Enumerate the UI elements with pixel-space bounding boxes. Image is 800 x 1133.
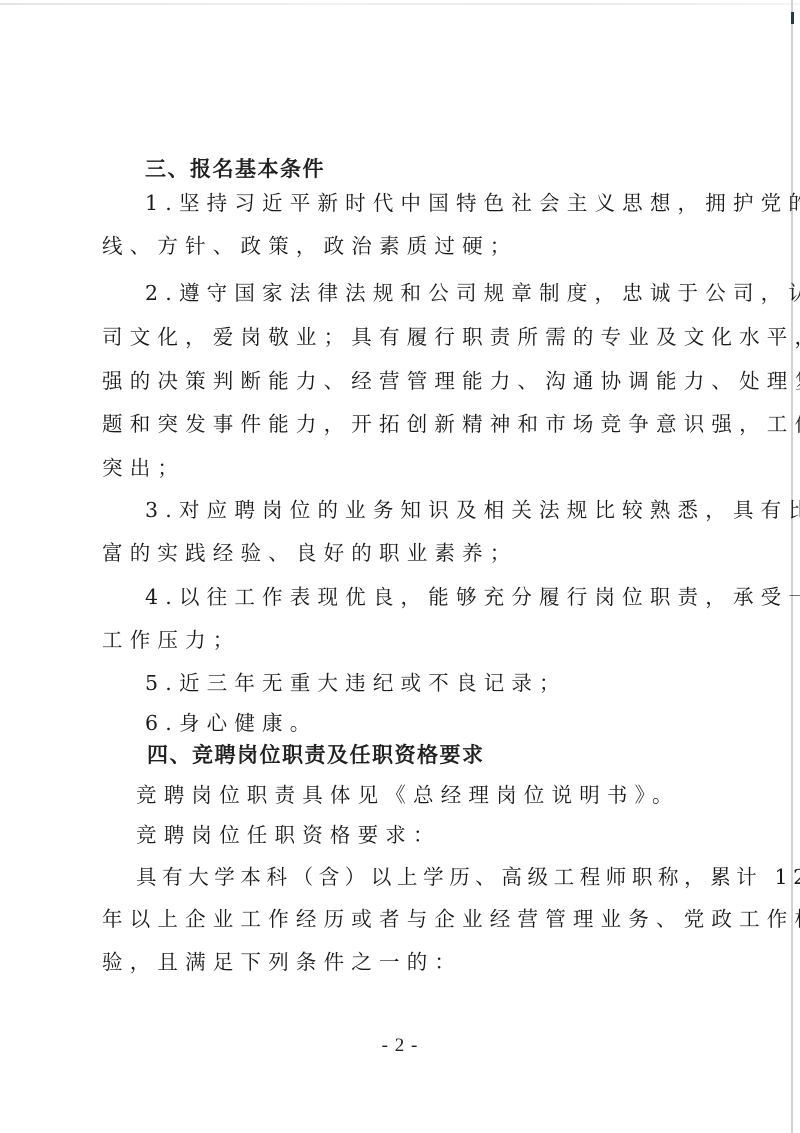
item-2-line-5: 突出； bbox=[102, 455, 702, 481]
qualification-label-line: 竞聘岗位任职资格要求： bbox=[136, 822, 736, 848]
item-1-line-1: 1.坚持习近平新时代中国特色社会主义思想，拥护党的路 bbox=[145, 190, 745, 216]
qualification-line-3: 验，且满足下列条件之一的： bbox=[102, 949, 702, 975]
duties-reference-line: 竞聘岗位职责具体见《总经理岗位说明书》。 bbox=[136, 782, 736, 808]
item-3-line-2: 富的实践经验、良好的职业素养； bbox=[102, 540, 702, 566]
section-heading-4: 四、竞聘岗位职责及任职资格要求 bbox=[147, 742, 747, 768]
item-2-line-3: 强的决策判断能力、经营管理能力、沟通协调能力、处理复杂问 bbox=[102, 368, 702, 394]
qualification-line-2: 年以上企业工作经历或者与企业经营管理业务、党政工作相关经 bbox=[102, 906, 702, 932]
item-3-line-1: 3.对应聘岗位的业务知识及相关法规比较熟悉，具有比较丰 bbox=[145, 497, 745, 523]
item-4-line-2: 工作压力； bbox=[102, 627, 702, 653]
item-2-line-4: 题和突发事件能力，开拓创新精神和市场竞争意识强，工作业绩 bbox=[102, 411, 702, 437]
item-1-line-2: 线、方针、政策，政治素质过硬； bbox=[102, 233, 702, 259]
page-number: - 2 - bbox=[0, 1035, 800, 1057]
document-page: 三、报名基本条件 1.坚持习近平新时代中国特色社会主义思想，拥护党的路 线、方针… bbox=[0, 0, 800, 1133]
item-5-line-1: 5.近三年无重大违纪或不良记录； bbox=[145, 670, 745, 696]
item-2-line-2: 司文化，爱岗敬业；具有履行职责所需的专业及文化水平，有较 bbox=[102, 324, 702, 350]
qualification-line-1: 具有大学本科（含）以上学历、高级工程师职称，累计 12 bbox=[136, 864, 736, 890]
section-heading-3: 三、报名基本条件 bbox=[145, 156, 745, 182]
item-4-line-1: 4.以往工作表现优良，能够充分履行岗位职责，承受一定的 bbox=[145, 584, 745, 610]
item-2-line-1: 2.遵守国家法律法规和公司规章制度，忠诚于公司，认同公 bbox=[145, 280, 745, 306]
item-6-line-1: 6.身心健康。 bbox=[145, 710, 745, 736]
